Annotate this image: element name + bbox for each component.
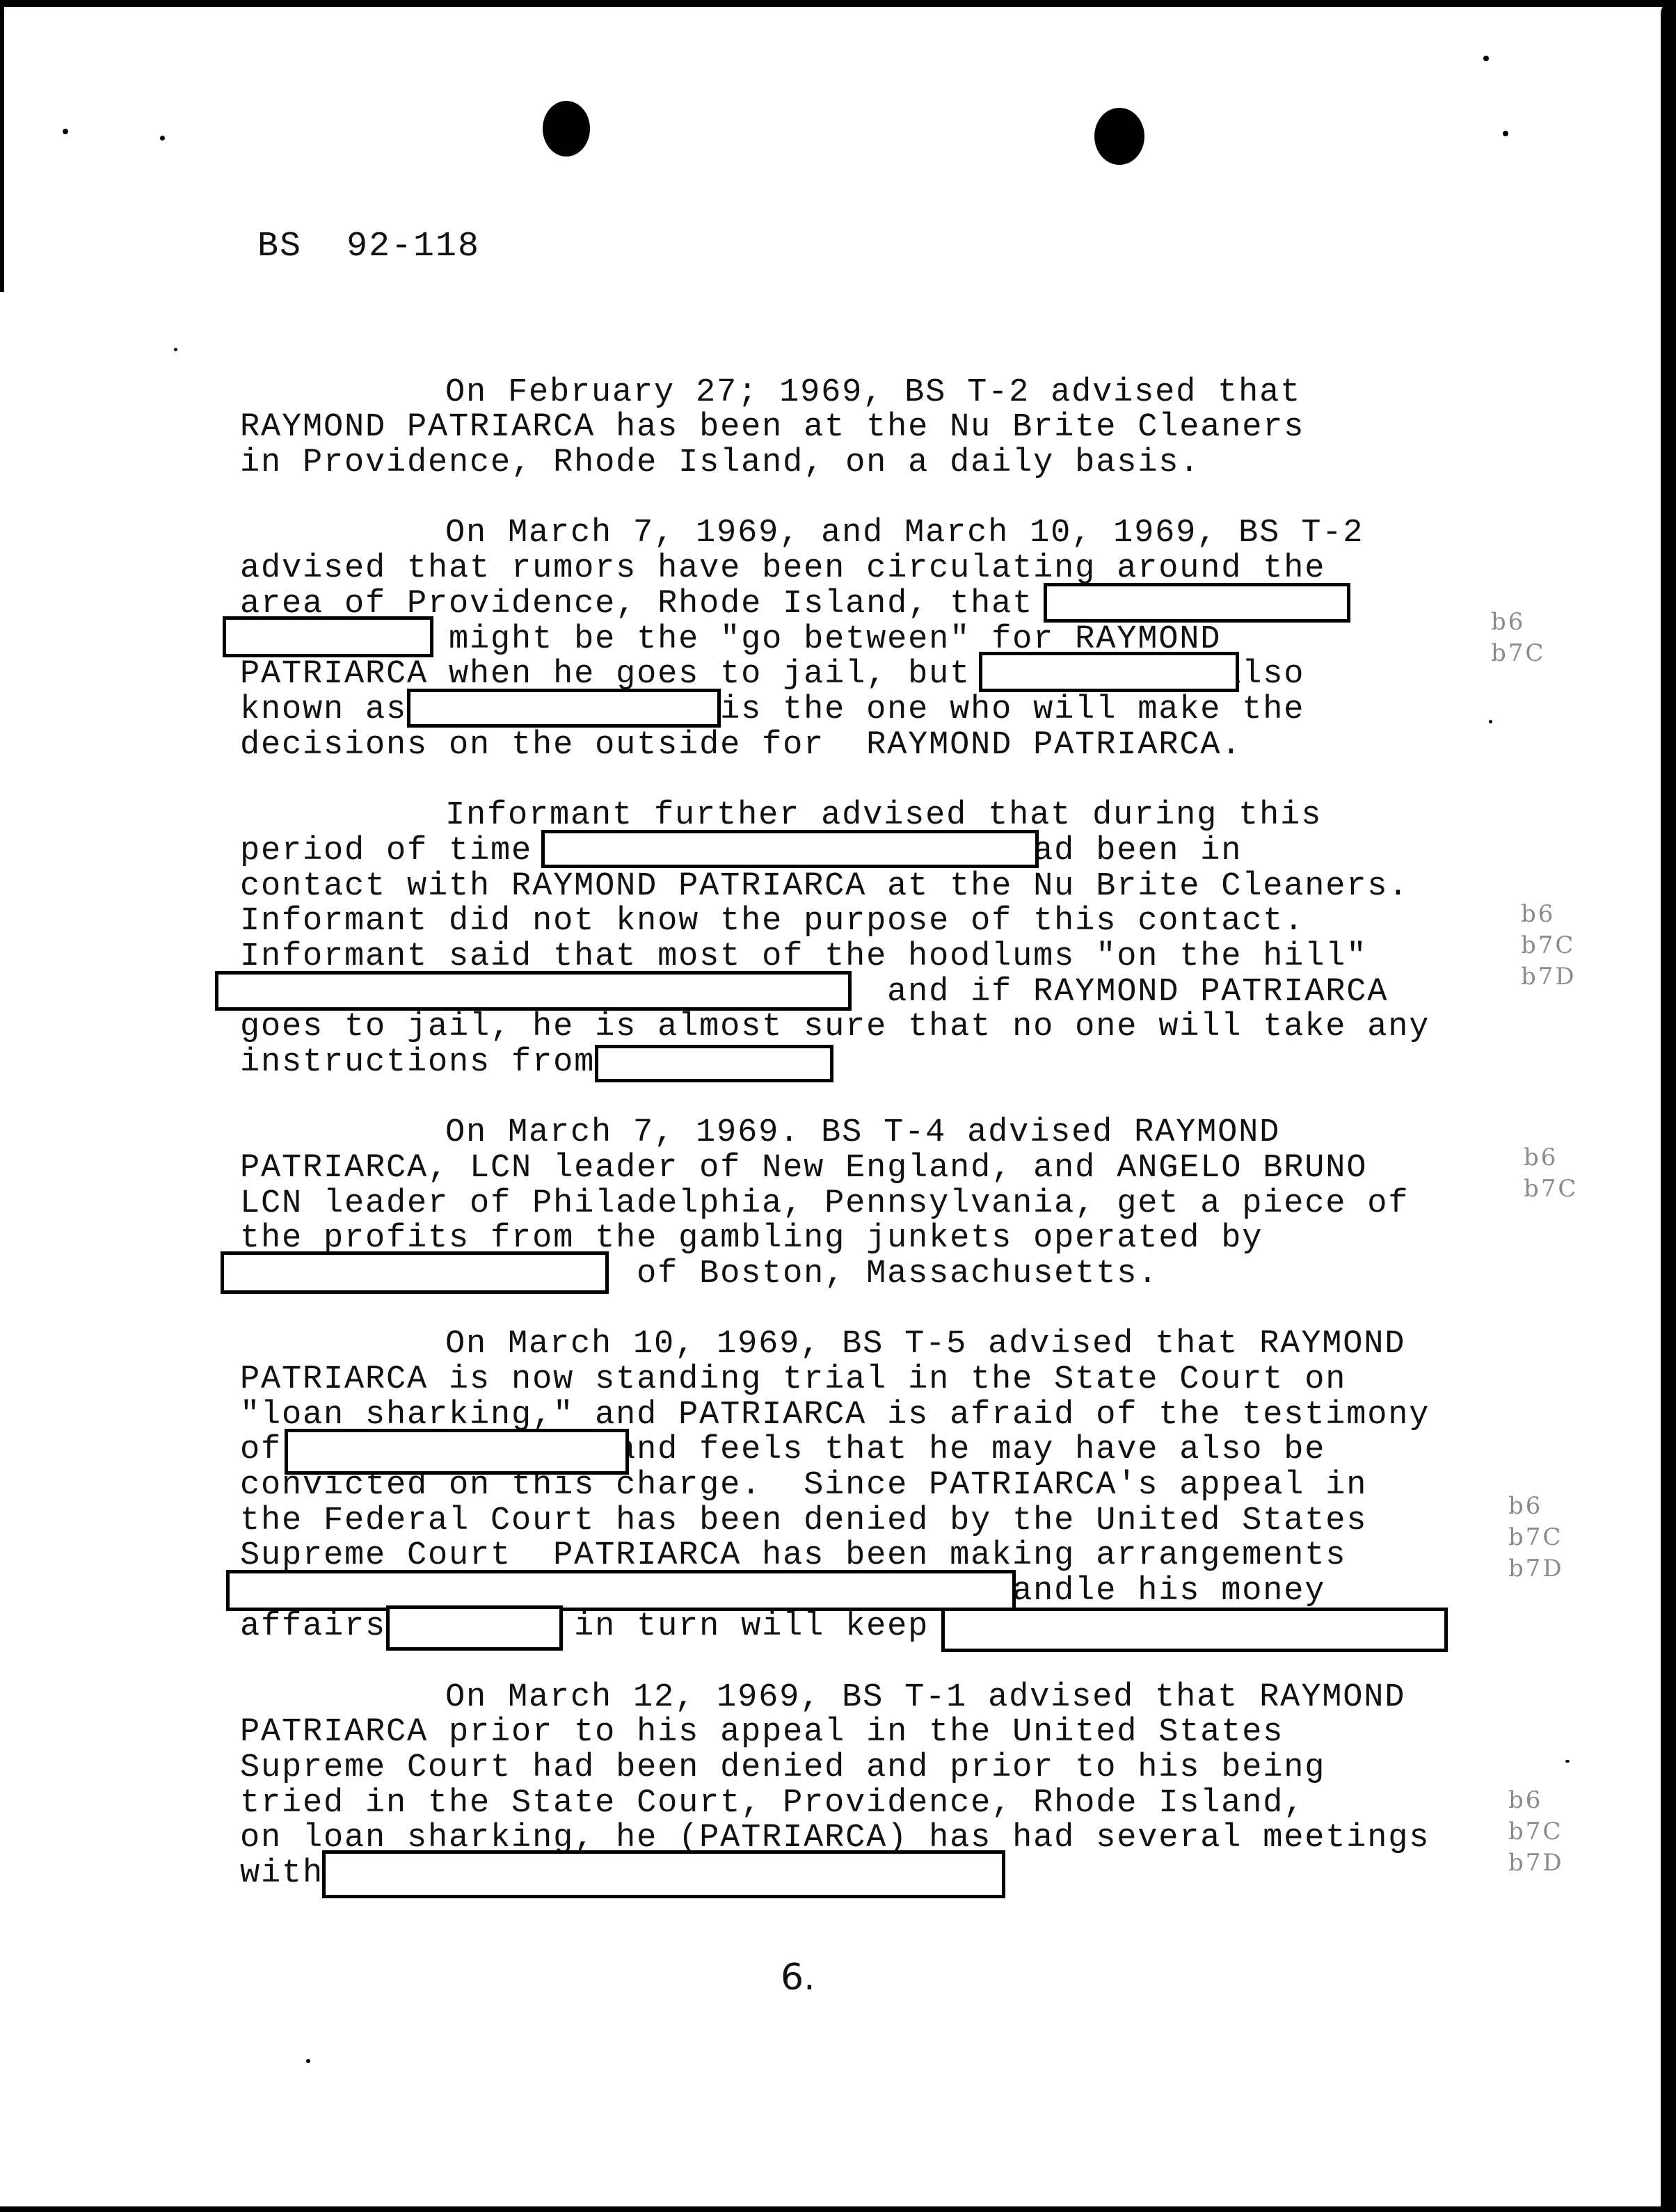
punch-hole-left	[543, 101, 590, 157]
file-number: BS 92-118	[257, 230, 480, 264]
document-page: BS 92-118 On February 27; 1969, BS T-2 a…	[0, 0, 1676, 2212]
redaction-box	[941, 1608, 1448, 1652]
redaction-box	[223, 616, 433, 657]
exemption-codes-group-2: b6 b7C b7D	[1521, 899, 1577, 993]
exemption-code: b7D	[1521, 961, 1577, 993]
redaction-box	[226, 1570, 1016, 1611]
paragraph-5-line-1: On March 10, 1969, BS T-5 advised that R…	[445, 1327, 1405, 1362]
exemption-codes-group-1: b6 b7C	[1491, 607, 1545, 669]
paragraph-6-line-4: tried in the State Court, Providence, Rh…	[240, 1786, 1304, 1821]
paragraph-5-line-2: PATRIARCA is now standing trial in the S…	[240, 1363, 1346, 1397]
redaction-box	[386, 1605, 563, 1651]
exemption-code: b7C	[1524, 1173, 1578, 1205]
scan-speck	[1483, 56, 1489, 61]
paragraph-5-line-7: Supreme Court PATRIARCA has been making …	[240, 1539, 1346, 1573]
paragraph-3-line-4: Informant did not know the purpose of th…	[240, 904, 1304, 939]
paragraph-3-line-5: Informant said that most of the hoodlums…	[240, 940, 1367, 975]
paragraph-4-line-1: On March 7, 1969. BS T-4 advised RAYMOND	[445, 1116, 1280, 1151]
paragraph-6-line-2: PATRIARCA prior to his appeal in the Uni…	[240, 1715, 1284, 1750]
exemption-code: b7C	[1508, 1522, 1564, 1553]
paragraph-2-line-2: advised that rumors have been circulatin…	[240, 552, 1325, 586]
paragraph-6-line-6: with	[240, 1857, 324, 1891]
scan-speck	[1503, 131, 1508, 136]
exemption-code: b6	[1508, 1785, 1564, 1816]
paragraph-5-line-6: the Federal Court has been denied by the…	[240, 1504, 1367, 1539]
redaction-box	[595, 1045, 833, 1082]
exemption-code: b6	[1524, 1142, 1578, 1173]
paragraph-2-line-1: On March 7, 1969, and March 10, 1969, BS…	[445, 516, 1364, 551]
page-number: 6.	[781, 1958, 815, 1997]
paragraph-1-line-2: RAYMOND PATRIARCA has been at the Nu Bri…	[240, 410, 1304, 445]
scan-speck	[63, 129, 68, 134]
paragraph-3-line-8: instructions from	[240, 1045, 595, 1080]
exemption-code: b7C	[1508, 1816, 1564, 1848]
paragraph-6-line-1: On March 12, 1969, BS T-1 advised that R…	[445, 1681, 1405, 1715]
scan-speck	[1489, 720, 1492, 723]
paragraph-3-line-3: contact with RAYMOND PATRIARCA at the Nu…	[240, 869, 1409, 904]
exemption-codes-group-4: b6 b7C b7D	[1508, 1491, 1564, 1585]
paragraph-2-line-7: decisions on the outside for RAYMOND PAT…	[240, 728, 1242, 763]
paragraph-3-line-7: goes to jail, he is almost sure that no …	[240, 1010, 1430, 1045]
redaction-box	[979, 652, 1239, 692]
scan-edge-bottom	[0, 2206, 1676, 2212]
paragraph-3-line-1: Informant further advised that during th…	[445, 799, 1322, 833]
redaction-box	[322, 1850, 1005, 1898]
punch-hole-right	[1094, 108, 1144, 165]
exemption-code: b7D	[1508, 1848, 1564, 1879]
exemption-code: b7D	[1508, 1553, 1564, 1585]
redaction-box	[1044, 583, 1350, 623]
paragraph-2-line-6: known as is the one who will make the	[240, 693, 1304, 728]
paragraph-4-line-2: PATRIARCA, LCN leader of New England, an…	[240, 1151, 1367, 1186]
scan-speck	[1565, 1760, 1570, 1763]
exemption-code: b7C	[1491, 638, 1545, 669]
scan-speck	[306, 2059, 310, 2063]
redaction-box	[221, 1251, 609, 1294]
scan-speck	[174, 348, 177, 351]
exemption-codes-group-5: b6 b7C b7D	[1508, 1785, 1564, 1879]
exemption-code: b6	[1491, 607, 1545, 638]
redaction-box	[215, 971, 852, 1011]
scan-edge-right	[1661, 0, 1676, 2212]
paragraph-6-line-3: Supreme Court had been denied and prior …	[240, 1751, 1325, 1786]
paragraph-4-line-3: LCN leader of Philadelphia, Pennsylvania…	[240, 1187, 1409, 1221]
redaction-box	[407, 689, 721, 728]
exemption-code: b7C	[1521, 930, 1577, 961]
scan-edge-top	[0, 0, 1676, 7]
paragraph-1-line-3: in Providence, Rhode Island, on a daily …	[240, 446, 1200, 481]
paragraph-1-line-1: On February 27; 1969, BS T-2 advised tha…	[445, 376, 1301, 410]
redaction-box	[285, 1429, 629, 1475]
scan-speck	[160, 136, 165, 141]
exemption-codes-group-3: b6 b7C	[1524, 1142, 1578, 1205]
scan-edge-left	[0, 0, 4, 292]
redaction-box	[541, 830, 1039, 868]
exemption-code: b6	[1508, 1491, 1564, 1522]
paragraph-5-line-9: affairs in turn will keep	[240, 1610, 929, 1644]
paragraph-5-line-3: "loan sharking," and PATRIARCA is afraid…	[240, 1398, 1430, 1433]
exemption-code: b6	[1521, 899, 1577, 930]
